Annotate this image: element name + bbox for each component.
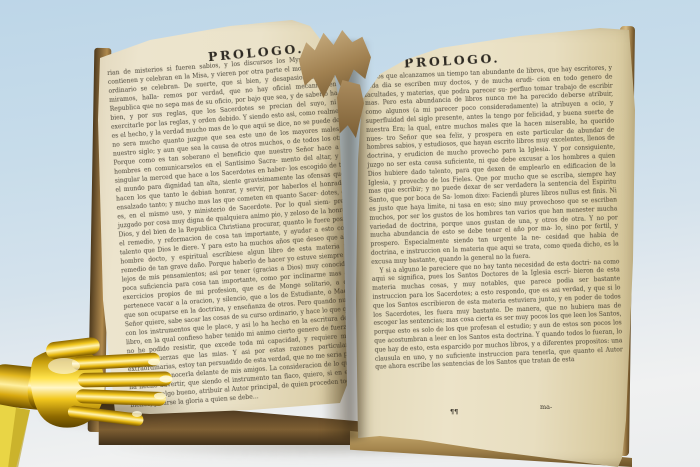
golden-hand-stand <box>0 316 190 467</box>
middle-finger <box>78 371 172 387</box>
right-page-heading: PROLOGO. <box>402 50 503 70</box>
signature-mark: ¶¶ <box>450 408 458 416</box>
catchword: ma- <box>540 403 552 411</box>
right-page-paragraph-1: Vemos que alcanzamos un tiempo tan abund… <box>364 64 619 267</box>
photo-scene: PROLOGO. rian de misterios si fueren sab… <box>0 0 700 467</box>
damaged-spine-fragment <box>337 80 364 138</box>
right-page-paragraph-2: Y si a alguno le pareciere que no hay ta… <box>371 258 623 373</box>
right-page: PROLOGO. Vemos que alcanzamos un tiempo … <box>348 22 638 467</box>
right-page-text: Vemos que alcanzamos un tiempo tan abund… <box>364 64 623 372</box>
knuckle-highlight <box>48 358 80 374</box>
